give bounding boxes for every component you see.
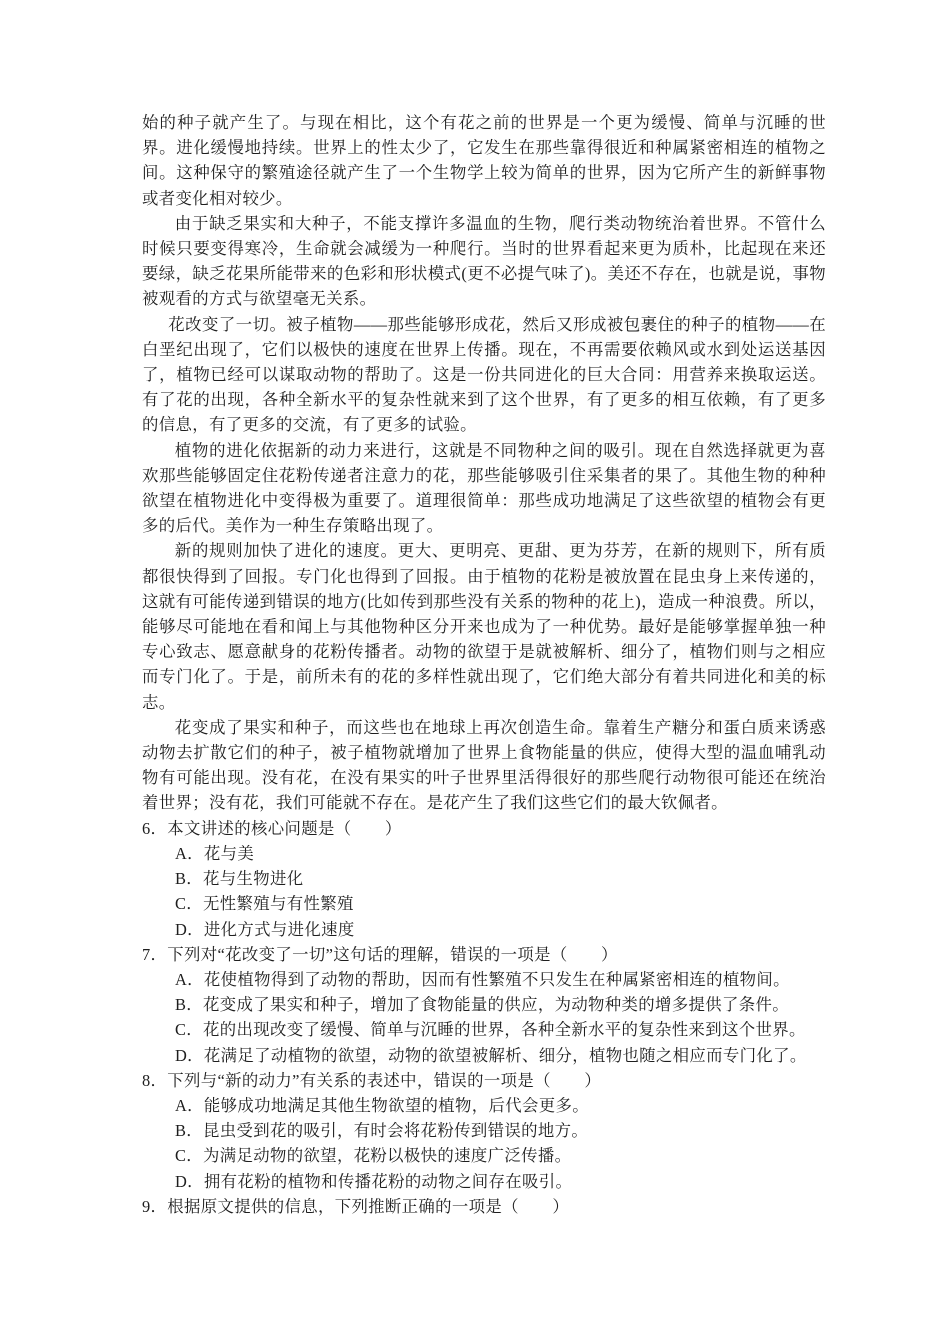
question-8-text: 下列与“新的动力”有关系的表述中，错误的一项是（ ） — [167, 1071, 601, 1090]
passage-paragraph-6: 花变成了果实和种子，而这些也在地球上再次创造生命。靠着生产糖分和蛋白质来诱惑动物… — [142, 715, 826, 816]
question-8-stem: 8．下列与“新的动力”有关系的表述中，错误的一项是（ ） — [142, 1068, 826, 1093]
question-9-stem: 9．根据原文提供的信息，下列推断正确的一项是（ ） — [142, 1194, 826, 1219]
question-9-text: 根据原文提供的信息，下列推断正确的一项是（ ） — [167, 1197, 569, 1216]
question-7-number: 7． — [142, 945, 167, 964]
question-6-number: 6． — [142, 819, 167, 838]
question-7-text: 下列对“花改变了一切”这句话的理解，错误的一项是（ ） — [167, 945, 618, 964]
question-7-option-b: B．花变成了果实和种子，增加了食物能量的供应，为动物种类的增多提供了条件。 — [142, 992, 826, 1017]
question-6-stem: 6．本文讲述的核心问题是（ ） — [142, 816, 826, 841]
question-8-option-a: A．能够成功地满足其他生物欲望的植物，后代会更多。 — [142, 1093, 826, 1118]
exam-page: 始的种子就产生了。与现在相比，这个有花之前的世界是一个更为缓慢、简单与沉睡的世界… — [142, 110, 826, 1219]
question-9: 9．根据原文提供的信息，下列推断正确的一项是（ ） — [142, 1194, 826, 1219]
question-8-option-b: B．昆虫受到花的吸引，有时会将花粉传到错误的地方。 — [142, 1118, 826, 1143]
reading-passage: 始的种子就产生了。与现在相比，这个有花之前的世界是一个更为缓慢、简单与沉睡的世界… — [142, 110, 826, 816]
question-6: 6．本文讲述的核心问题是（ ） A．花与美 B．花与生物进化 C．无性繁殖与有性… — [142, 816, 826, 942]
question-7: 7．下列对“花改变了一切”这句话的理解，错误的一项是（ ） A．花使植物得到了动… — [142, 942, 826, 1068]
question-7-option-a: A．花使植物得到了动物的帮助，因而有性繁殖不只发生在种属紧密相连的植物间。 — [142, 967, 826, 992]
question-7-option-d: D．花满足了动植物的欲望，动物的欲望被解析、细分，植物也随之相应而专门化了。 — [142, 1043, 826, 1068]
passage-paragraph-5: 新的规则加快了进化的速度。更大、更明亮、更甜、更为芬芳，在新的规则下，所有质都很… — [142, 538, 826, 714]
passage-paragraph-1: 始的种子就产生了。与现在相比，这个有花之前的世界是一个更为缓慢、简单与沉睡的世界… — [142, 110, 826, 211]
question-6-option-c: C．无性繁殖与有性繁殖 — [142, 891, 826, 916]
question-7-stem: 7．下列对“花改变了一切”这句话的理解，错误的一项是（ ） — [142, 942, 826, 967]
passage-paragraph-4: 植物的进化依据新的动力来进行，这就是不同物种之间的吸引。现在自然选择就更为喜欢那… — [142, 438, 826, 539]
passage-paragraph-3: 花改变了一切。被子植物——那些能够形成花，然后又形成被包裹住的种子的植物——在白… — [142, 312, 826, 438]
question-8-option-d: D．拥有花粉的植物和传播花粉的动物之间存在吸引。 — [142, 1169, 826, 1194]
question-8-option-c: C．为满足动物的欲望，花粉以极快的速度广泛传播。 — [142, 1143, 826, 1168]
question-6-option-b: B．花与生物进化 — [142, 866, 826, 891]
passage-paragraph-2: 由于缺乏果实和大种子，不能支撑许多温血的生物，爬行类动物统治着世界。不管什么时候… — [142, 211, 826, 312]
question-6-text: 本文讲述的核心问题是（ ） — [167, 819, 401, 838]
question-8-number: 8． — [142, 1071, 167, 1090]
question-6-option-d: D．进化方式与进化速度 — [142, 917, 826, 942]
question-8: 8．下列与“新的动力”有关系的表述中，错误的一项是（ ） A．能够成功地满足其他… — [142, 1068, 826, 1194]
question-6-option-a: A．花与美 — [142, 841, 826, 866]
question-7-option-c: C．花的出现改变了缓慢、简单与沉睡的世界，各种全新水平的复杂性来到这个世界。 — [142, 1017, 826, 1042]
question-9-number: 9． — [142, 1197, 167, 1216]
